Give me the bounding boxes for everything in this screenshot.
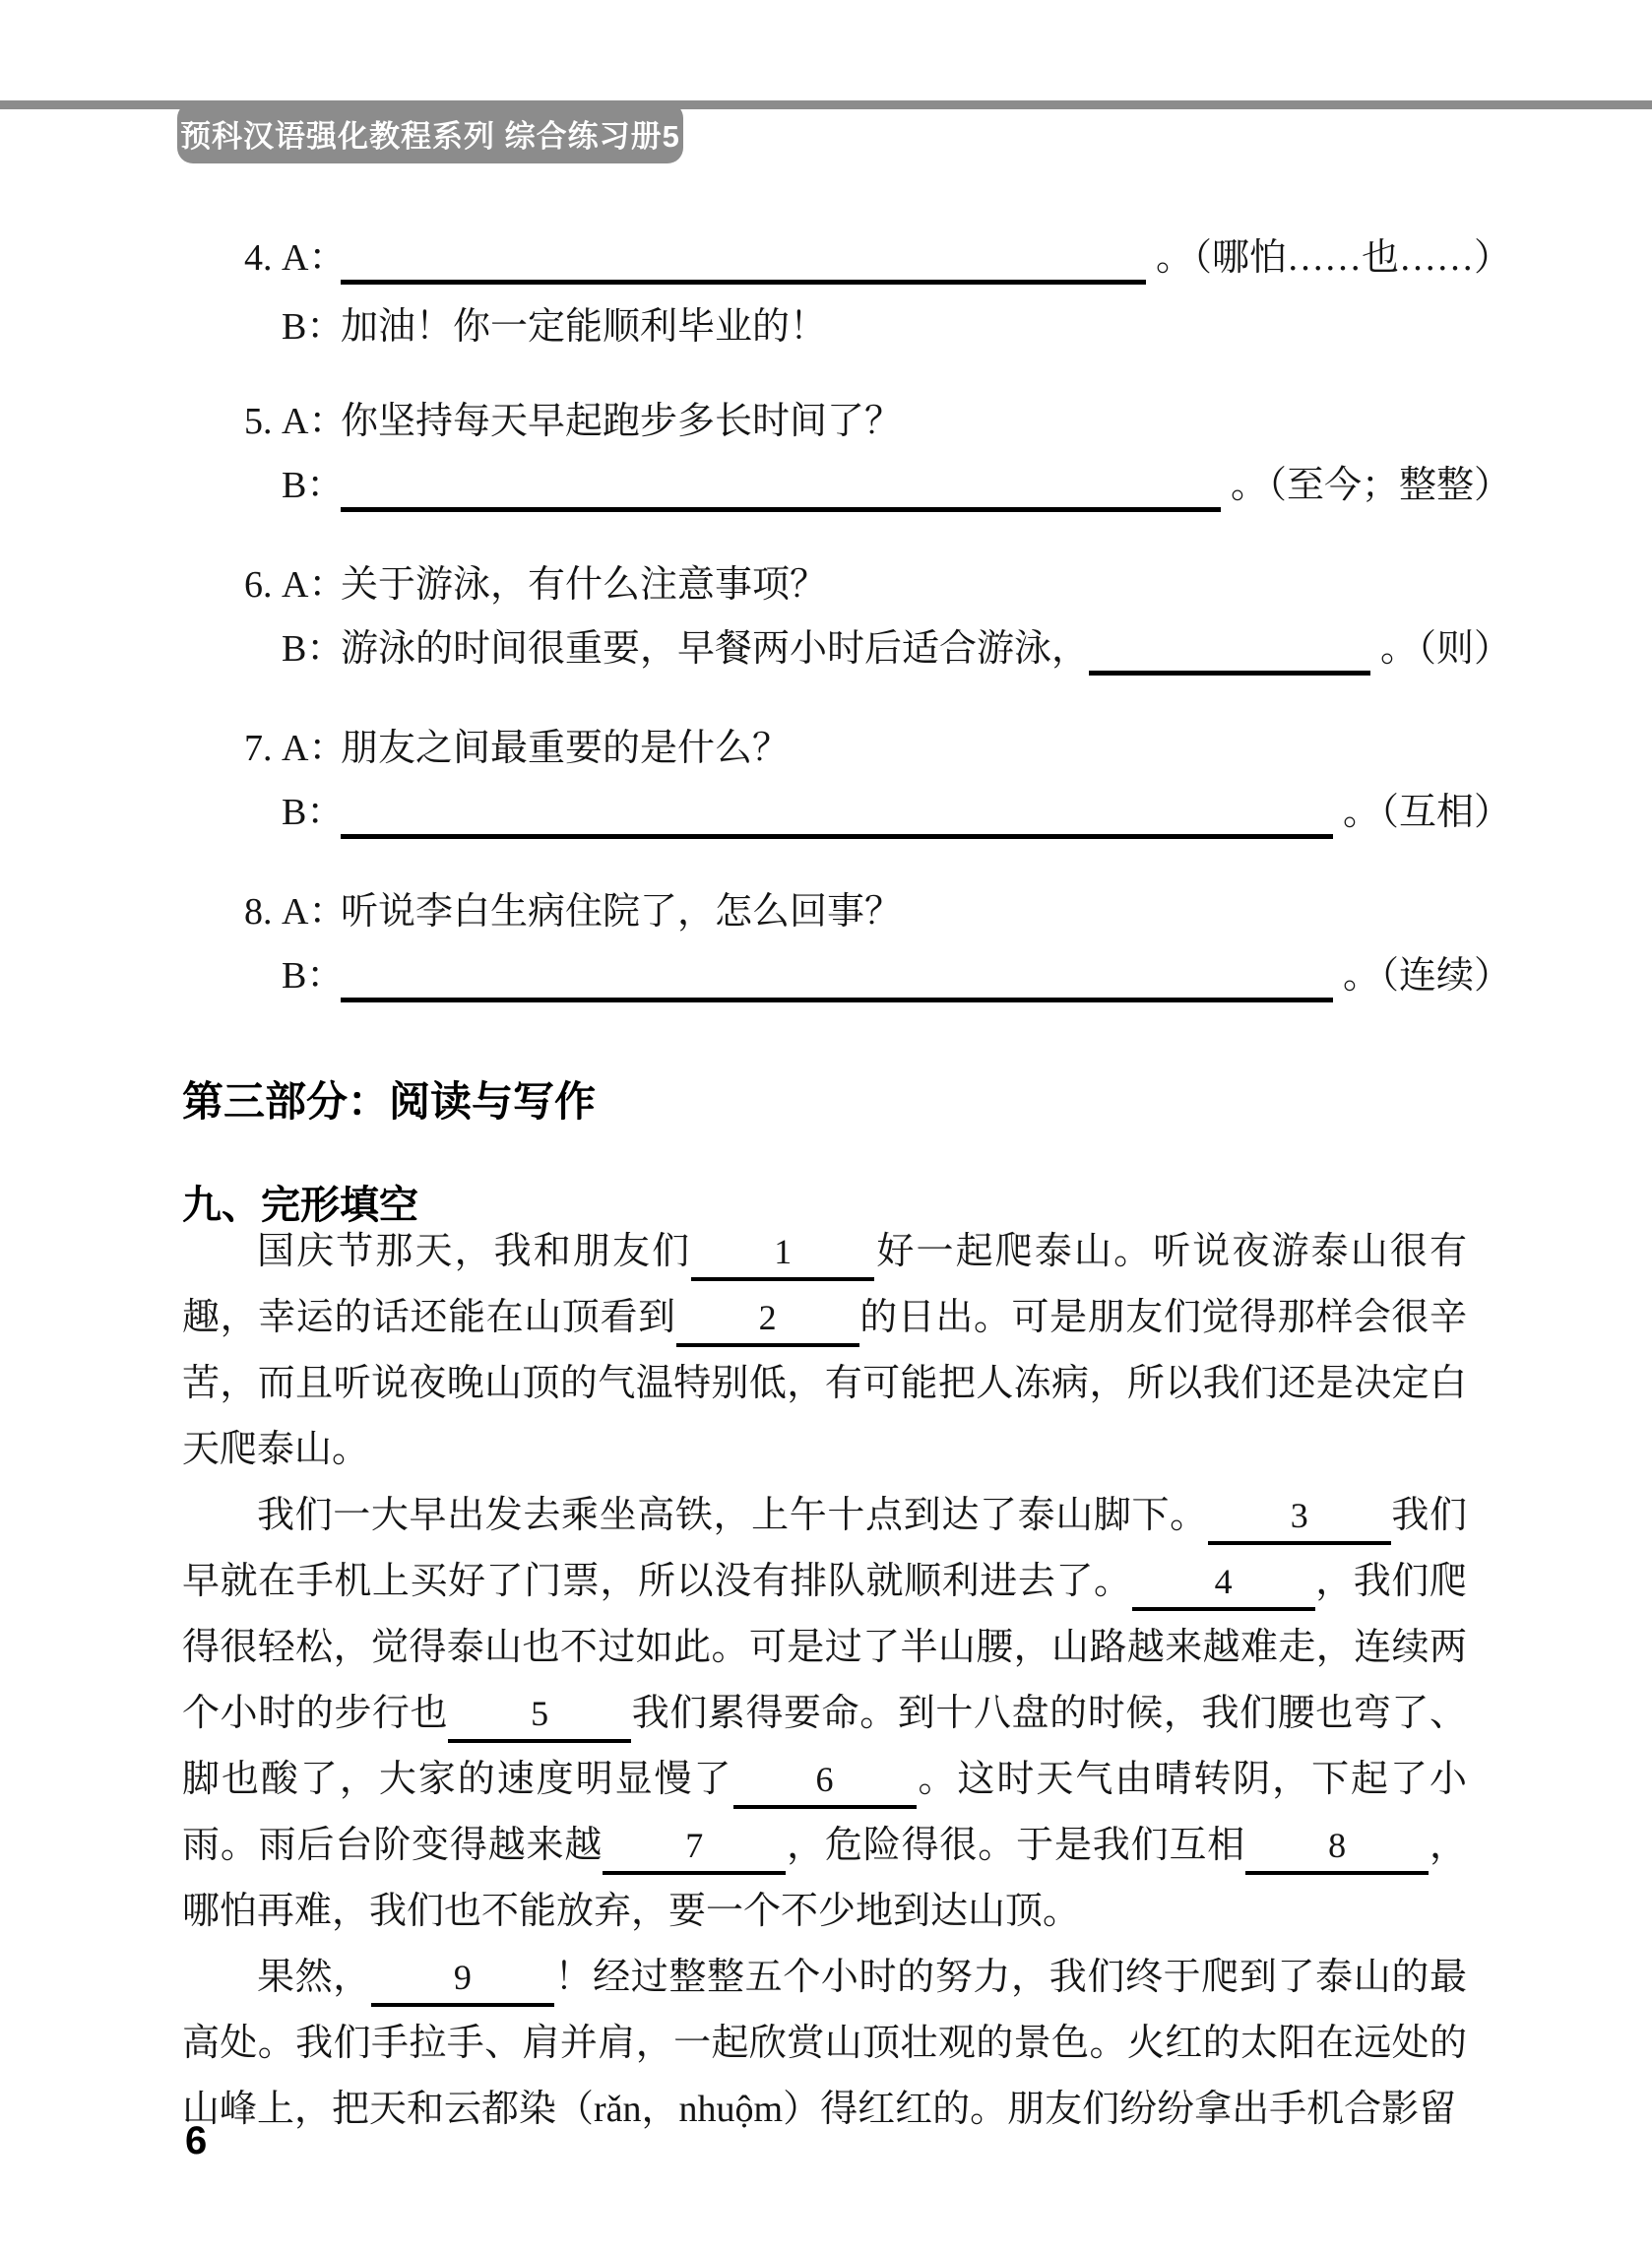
dialogue-item-8: 8. A： 听说李白生病住院了，怎么回事？ B： 。（连续） <box>244 890 1511 1002</box>
item-number: 4. <box>244 236 282 280</box>
speaker-b-label: B： <box>282 464 341 507</box>
speaker-a-label: A： <box>282 563 341 607</box>
cloze-paragraph-1: 国庆节那天，我和朋友们1好一起爬泰山。听说夜游泰山很有趣，幸运的话还能在山顶看到… <box>182 1219 1467 1483</box>
speaker-b-row: B： 。（连续） <box>244 954 1511 1002</box>
cloze-blank-4[interactable]: 4 <box>1132 1560 1315 1611</box>
cloze-blank-1[interactable]: 1 <box>691 1230 874 1281</box>
answer-blank-line[interactable] <box>341 954 1333 1002</box>
grammar-hint: 。（互相） <box>1343 791 1511 834</box>
speaker-a-label: A： <box>282 400 341 443</box>
speaker-a-label: A： <box>282 727 341 770</box>
speaker-b-label: B： <box>282 791 341 834</box>
speaker-a-label: A： <box>282 890 341 934</box>
answer-blank-line[interactable] <box>341 464 1221 512</box>
cloze-text: 我们一大早出发去乘坐高铁，上午十点到达了泰山脚下。 <box>257 1495 1208 1536</box>
cloze-passage: 国庆节那天，我和朋友们1好一起爬泰山。听说夜游泰山很有趣，幸运的话还能在山顶看到… <box>182 1219 1467 2143</box>
dialogue-item-7: 7. A： 朋友之间最重要的是什么？ B： 。（互相） <box>244 727 1511 839</box>
cloze-paragraph-3: 果然，9！经过整整五个小时的努力，我们终于爬到了泰山的最高处。我们手拉手、肩并肩… <box>182 1945 1467 2143</box>
grammar-hint: 。（哪怕……也……） <box>1156 236 1511 280</box>
cloze-blank-number: 9 <box>454 1958 472 1997</box>
page-number: 6 <box>185 2119 207 2163</box>
cloze-text: 国庆节那天，我和朋友们 <box>257 1231 691 1272</box>
speaker-a-text: 你坚持每天早起跑步多长时间了？ <box>341 400 902 443</box>
page-content: 4. A： 。（哪怕……也……） B： 加油！你一定能顺利毕业的！ 5. A： … <box>182 236 1511 2143</box>
grammar-hint: 。（至今；整整） <box>1231 464 1511 507</box>
cloze-blank-number: 2 <box>759 1298 777 1337</box>
speaker-b-row: B： 加油！你一定能顺利毕业的！ <box>244 305 1511 349</box>
cloze-blank-8[interactable]: 8 <box>1245 1824 1429 1875</box>
speaker-a-row: 7. A： 朋友之间最重要的是什么？ <box>244 727 1511 770</box>
speaker-a-text: 朋友之间最重要的是什么？ <box>341 727 790 770</box>
item-number: 7. <box>244 727 282 770</box>
cloze-blank-3[interactable]: 3 <box>1208 1494 1391 1545</box>
speaker-a-row: 6. A： 关于游泳，有什么注意事项？ <box>244 563 1511 607</box>
workbook-page: 预科汉语强化教程系列 综合练习册5 4. A： 。（哪怕……也……） B： 加油… <box>0 0 1652 2257</box>
item-number: 5. <box>244 400 282 443</box>
cloze-text: ，危险得很。于是我们互相 <box>786 1825 1245 1866</box>
speaker-b-row: B： 。（互相） <box>244 791 1511 839</box>
speaker-b-label: B： <box>282 627 341 671</box>
header-badge: 预科汉语强化教程系列 综合练习册5 <box>177 102 683 163</box>
item-number: 6. <box>244 563 282 607</box>
cloze-blank-number: 5 <box>531 1694 548 1733</box>
cloze-blank-6[interactable]: 6 <box>733 1758 917 1809</box>
cloze-blank-number: 7 <box>685 1826 703 1865</box>
item-number: 8. <box>244 890 282 934</box>
speaker-a-label: A： <box>282 236 341 280</box>
dialogue-exercise: 4. A： 。（哪怕……也……） B： 加油！你一定能顺利毕业的！ 5. A： … <box>182 236 1511 1002</box>
speaker-b-text: 游泳的时间很重要，早餐两小时后适合游泳， <box>341 627 1089 671</box>
speaker-a-text: 关于游泳，有什么注意事项？ <box>341 563 827 607</box>
cloze-blank-5[interactable]: 5 <box>448 1692 631 1743</box>
cloze-blank-7[interactable]: 7 <box>603 1824 786 1875</box>
speaker-a-row: 5. A： 你坚持每天早起跑步多长时间了？ <box>244 400 1511 443</box>
cloze-text: 果然， <box>257 1957 371 1998</box>
speaker-b-row: B： 。（至今；整整） <box>244 464 1511 512</box>
cloze-blank-2[interactable]: 2 <box>676 1296 859 1347</box>
cloze-blank-number: 3 <box>1291 1496 1308 1535</box>
speaker-b-row: B： 游泳的时间很重要，早餐两小时后适合游泳， 。（则） <box>244 627 1511 676</box>
speaker-b-text: 加油！你一定能顺利毕业的！ <box>341 305 827 349</box>
answer-blank-line[interactable] <box>341 236 1146 285</box>
answer-blank-line[interactable] <box>341 791 1333 839</box>
cloze-blank-number: 1 <box>774 1232 792 1271</box>
dialogue-item-5: 5. A： 你坚持每天早起跑步多长时间了？ B： 。（至今；整整） <box>244 400 1511 512</box>
speaker-a-row: 8. A： 听说李白生病住院了，怎么回事？ <box>244 890 1511 934</box>
booklet-title: 预科汉语强化教程系列 综合练习册5 <box>180 111 680 156</box>
cloze-blank-number: 8 <box>1328 1826 1346 1865</box>
grammar-hint: 。（则） <box>1380 627 1511 671</box>
cloze-paragraph-2: 我们一大早出发去乘坐高铁，上午十点到达了泰山脚下。3我们早就在手机上买好了门票，… <box>182 1483 1467 1945</box>
dialogue-item-6: 6. A： 关于游泳，有什么注意事项？ B： 游泳的时间很重要，早餐两小时后适合… <box>244 563 1511 676</box>
cloze-blank-9[interactable]: 9 <box>371 1956 554 2007</box>
speaker-b-label: B： <box>282 305 341 349</box>
cloze-blank-number: 4 <box>1215 1562 1233 1601</box>
speaker-b-label: B： <box>282 954 341 998</box>
grammar-hint: 。（连续） <box>1343 954 1511 998</box>
speaker-a-row: 4. A： 。（哪怕……也……） <box>244 236 1511 285</box>
dialogue-item-4: 4. A： 。（哪怕……也……） B： 加油！你一定能顺利毕业的！ <box>244 236 1511 349</box>
speaker-a-text: 听说李白生病住院了，怎么回事？ <box>341 890 902 934</box>
part-heading: 第三部分：阅读与写作 <box>182 1077 1511 1127</box>
answer-blank-line[interactable] <box>1089 627 1370 676</box>
cloze-blank-number: 6 <box>816 1760 834 1799</box>
